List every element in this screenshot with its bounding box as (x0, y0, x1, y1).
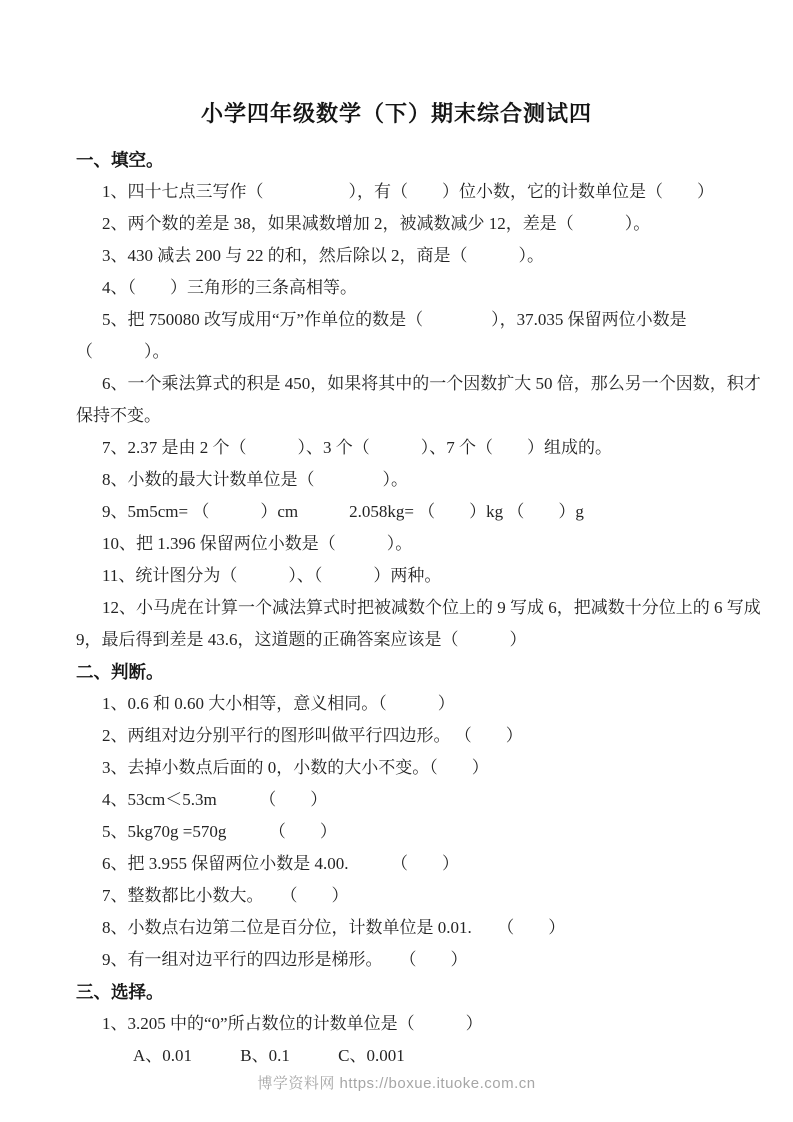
judge-question-9: 9、有一组对边平行的四边形是梯形。 （ ） (76, 944, 765, 976)
section-heading-judge: 二、判断。 (76, 656, 765, 688)
fill-question-5: 5、把 750080 改写成用“万”作单位的数是（ ），37.035 保留两位小… (76, 304, 765, 368)
judge-question-6: 6、把 3.955 保留两位小数是 4.00. （ ） (76, 848, 765, 880)
judge-question-5: 5、5kg70g =570g （ ） (76, 816, 765, 848)
judge-question-1: 1、0.6 和 0.60 大小相等，意义相同。（ ） (76, 688, 765, 720)
choice-question-1: 1、3.205 中的“0”所占数位的计数单位是（ ） (76, 1008, 765, 1040)
section-heading-choice: 三、选择。 (76, 976, 765, 1008)
choice-option-a: A、0.01 (133, 1040, 192, 1072)
fill-question-10: 10、把 1.396 保留两位小数是（ ）。 (76, 528, 765, 560)
fill-question-1: 1、四十七点三写作（ ），有（ ）位小数，它的计数单位是（ ） (76, 176, 765, 208)
fill-question-2: 2、两个数的差是 38，如果减数增加 2，被减数减少 12，差是（ ）。 (76, 208, 765, 240)
fill-question-4: 4、（ ）三角形的三条高相等。 (76, 272, 765, 304)
section-true-false: 二、判断。 1、0.6 和 0.60 大小相等，意义相同。（ ） 2、两组对边分… (76, 656, 765, 976)
worksheet-page: 小学四年级数学（下）期末综合测试四 一、填空。 1、四十七点三写作（ ），有（ … (0, 0, 793, 1122)
section-multiple-choice: 三、选择。 1、3.205 中的“0”所占数位的计数单位是（ ） A、0.01 … (76, 976, 765, 1072)
judge-question-3: 3、去掉小数点后面的 0，小数的大小不变。（ ） (76, 752, 765, 784)
choice-options-row: A、0.01 B、0.1 C、0.001 (76, 1040, 765, 1072)
choice-option-c: C、0.001 (338, 1040, 405, 1072)
page-title: 小学四年级数学（下）期末综合测试四 (0, 0, 793, 128)
judge-question-8: 8、小数点右边第二位是百分位，计数单位是 0.01. （ ） (76, 912, 765, 944)
section-heading-fill: 一、填空。 (76, 144, 765, 176)
section-fill-in-blanks: 一、填空。 1、四十七点三写作（ ），有（ ）位小数，它的计数单位是（ ） 2、… (76, 144, 765, 656)
fill-question-11: 11、统计图分为（ ）、（ ）两种。 (76, 560, 765, 592)
fill-question-3: 3、430 减去 200 与 22 的和，然后除以 2，商是（ ）。 (76, 240, 765, 272)
judge-question-4: 4、53cm＜5.3m （ ） (76, 784, 765, 816)
judge-question-7: 7、整数都比小数大。 （ ） (76, 880, 765, 912)
fill-question-9: 9、5m5cm= （ ）cm 2.058kg= （ ）kg （ ）g (76, 496, 765, 528)
fill-question-8: 8、小数的最大计数单位是（ ）。 (76, 464, 765, 496)
footer-text: 博学资料网 https://boxue.ituoke.com.cn (257, 1075, 535, 1092)
fill-question-6: 6、一个乘法算式的积是 450，如果将其中的一个因数扩大 50 倍，那么另一个因… (76, 368, 765, 432)
judge-question-2: 2、两组对边分别平行的图形叫做平行四边形。 （ ） (76, 720, 765, 752)
worksheet-body: 一、填空。 1、四十七点三写作（ ），有（ ）位小数，它的计数单位是（ ） 2、… (76, 144, 765, 1072)
fill-question-7: 7、2.37 是由 2 个（ ）、3 个（ ）、7 个（ ）组成的。 (76, 432, 765, 464)
fill-question-12: 12、小马虎在计算一个减法算式时把被减数个位上的 9 写成 6，把减数十分位上的… (76, 592, 765, 656)
footer-watermark: 博学资料网 https://boxue.ituoke.com.cn (0, 1072, 793, 1093)
choice-option-b: B、0.1 (240, 1040, 290, 1072)
